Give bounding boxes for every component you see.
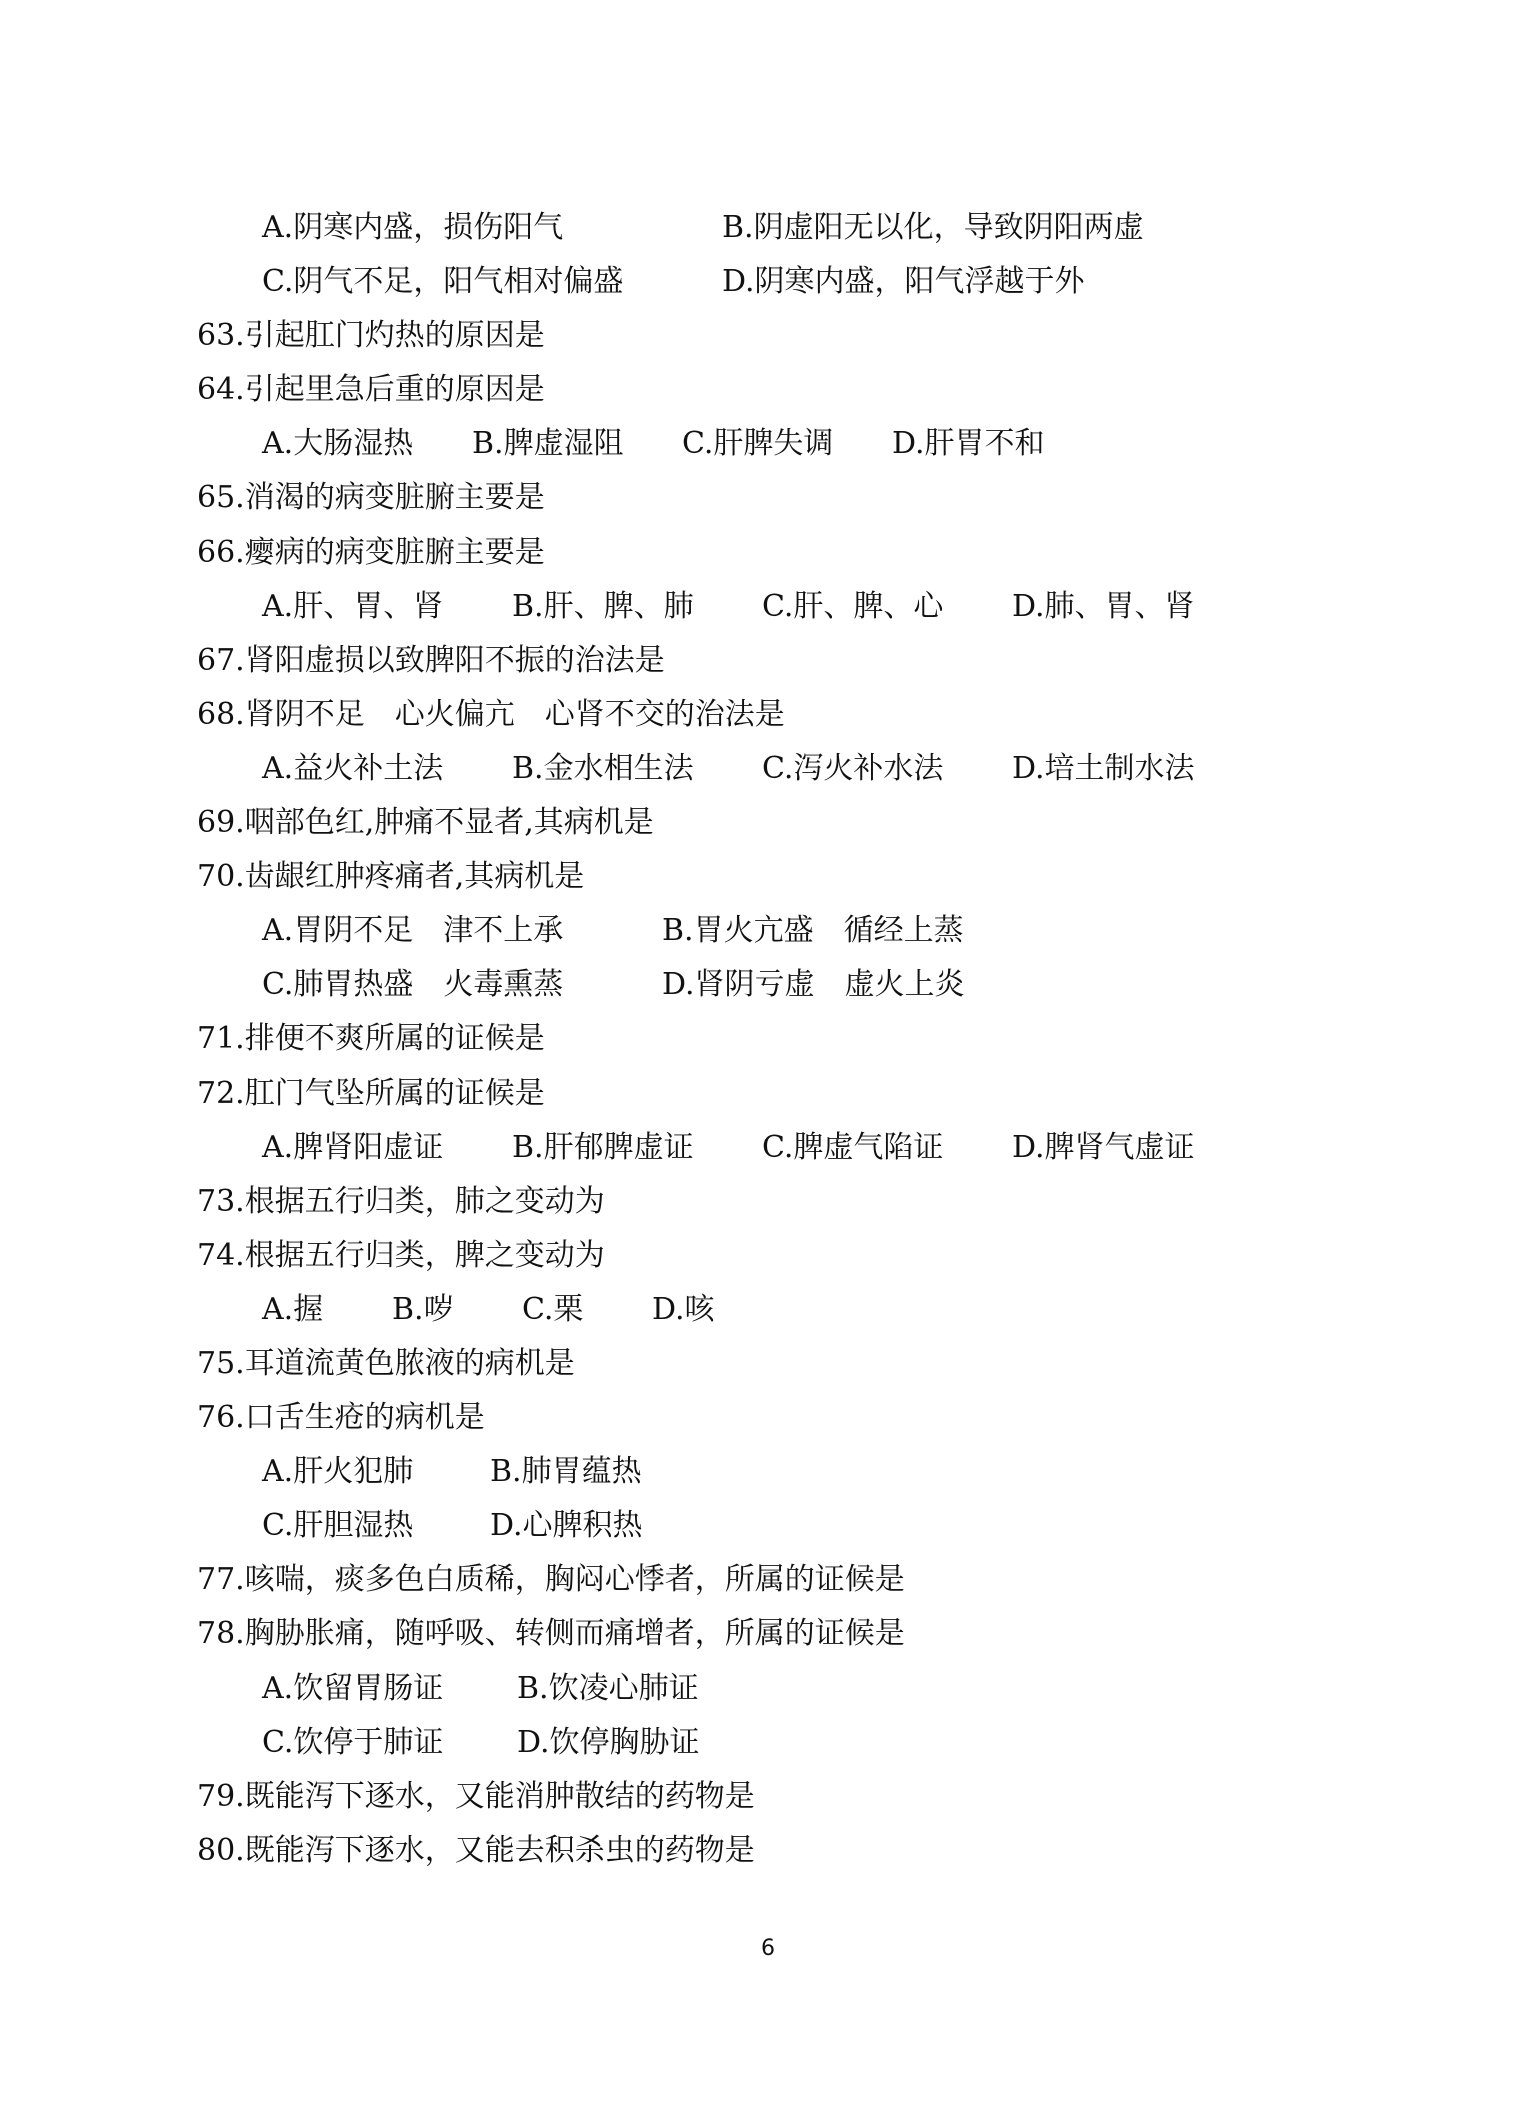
options-row: A.阴寒内盛，损伤阳气B.阴虚阳无以化，导致阴阳两虚 (197, 201, 1337, 255)
document-page: A.阴寒内盛，损伤阳气B.阴虚阳无以化，导致阴阳两虚C.阴气不足，阳气相对偏盛D… (0, 0, 1536, 2127)
options-row: A.大肠湿热B.脾虚湿阻C.肝脾失调D.肝胃不和 (197, 417, 1337, 471)
question-item: 74.根据五行归类，脾之变动为 (197, 1229, 1337, 1283)
answer-option: D.肝胃不和 (892, 417, 1045, 471)
answer-option: B.阴虚阳无以化，导致阴阳两虚 (722, 201, 1144, 255)
question-item: 65.消渴的病变脏腑主要是 (197, 471, 1337, 525)
answer-option: B.饮凌心肺证 (517, 1662, 699, 1716)
question-item: 79.既能泻下逐水，又能消肿散结的药物是 (197, 1770, 1337, 1824)
question-item: 73.根据五行归类，肺之变动为 (197, 1175, 1337, 1229)
options-row: A.握B.哕C.栗D.咳 (197, 1283, 1337, 1337)
question-item: 64.引起里急后重的原因是 (197, 363, 1337, 417)
answer-option: D.培土制水法 (1012, 742, 1195, 796)
answer-option: A.脾肾阳虚证 (262, 1121, 443, 1175)
answer-option: A.饮留胃肠证 (262, 1662, 443, 1716)
answer-option: B.金水相生法 (512, 742, 694, 796)
answer-option: C.饮停于肺证 (262, 1716, 443, 1770)
options-row: A.脾肾阳虚证B.肝郁脾虚证C.脾虚气陷证D.脾肾气虚证 (197, 1121, 1337, 1175)
question-item: 63.引起肛门灼热的原因是 (197, 309, 1337, 363)
options-row: C.饮停于肺证D.饮停胸胁证 (197, 1716, 1337, 1770)
answer-option: C.肺胃热盛 火毒熏蒸 (262, 958, 563, 1012)
answer-option: D.脾肾气虚证 (1012, 1121, 1195, 1175)
options-row: C.肝胆湿热D.心脾积热 (197, 1499, 1337, 1553)
options-row: C.肺胃热盛 火毒熏蒸D.肾阴亏虚 虚火上炎 (197, 958, 1337, 1012)
answer-option: D.饮停胸胁证 (517, 1716, 700, 1770)
answer-option: B.肺胃蕴热 (490, 1445, 642, 1499)
answer-option: D.咳 (652, 1283, 715, 1337)
question-item: 72.肛门气坠所属的证候是 (197, 1067, 1337, 1121)
options-row: A.肝火犯肺B.肺胃蕴热 (197, 1445, 1337, 1499)
question-item: 68.肾阴不足 心火偏亢 心肾不交的治法是 (197, 688, 1337, 742)
question-item: 70.齿龈红肿疼痛者,其病机是 (197, 850, 1337, 904)
question-item: 66.瘿病的病变脏腑主要是 (197, 526, 1337, 580)
answer-option: A.胃阴不足 津不上承 (262, 904, 563, 958)
answer-option: A.大肠湿热 (262, 417, 413, 471)
options-row: A.肝、胃、肾B.肝、脾、肺C.肝、脾、心D.肺、胃、肾 (197, 580, 1337, 634)
answer-option: A.肝、胃、肾 (262, 580, 443, 634)
options-row: A.胃阴不足 津不上承B.胃火亢盛 循经上蒸 (197, 904, 1337, 958)
answer-option: D.阴寒内盛，阳气浮越于外 (722, 255, 1085, 309)
answer-option: D.肺、胃、肾 (1012, 580, 1195, 634)
question-list: A.阴寒内盛，损伤阳气B.阴虚阳无以化，导致阴阳两虚C.阴气不足，阳气相对偏盛D… (197, 201, 1337, 1878)
options-row: A.益火补土法B.金水相生法C.泻火补水法D.培土制水法 (197, 742, 1337, 796)
question-item: 76.口舌生疮的病机是 (197, 1391, 1337, 1445)
question-item: 78.胸胁胀痛，随呼吸、转侧而痛增者，所属的证候是 (197, 1607, 1337, 1661)
question-item: 80.既能泻下逐水，又能去积杀虫的药物是 (197, 1824, 1337, 1878)
answer-option: C.脾虚气陷证 (762, 1121, 943, 1175)
answer-option: C.阴气不足，阳气相对偏盛 (262, 255, 623, 309)
options-row: C.阴气不足，阳气相对偏盛D.阴寒内盛，阳气浮越于外 (197, 255, 1337, 309)
answer-option: A.握 (262, 1283, 323, 1337)
answer-option: A.益火补土法 (262, 742, 443, 796)
answer-option: C.栗 (522, 1283, 583, 1337)
question-item: 67.肾阳虚损以致脾阳不振的治法是 (197, 634, 1337, 688)
answer-option: B.肝郁脾虚证 (512, 1121, 694, 1175)
options-row: A.饮留胃肠证B.饮凌心肺证 (197, 1662, 1337, 1716)
answer-option: C.泻火补水法 (762, 742, 943, 796)
answer-option: C.肝脾失调 (682, 417, 833, 471)
answer-option: D.心脾积热 (490, 1499, 643, 1553)
answer-option: A.阴寒内盛，损伤阳气 (262, 201, 563, 255)
question-item: 75.耳道流黄色脓液的病机是 (197, 1337, 1337, 1391)
question-item: 69.咽部色红,肿痛不显者,其病机是 (197, 796, 1337, 850)
answer-option: A.肝火犯肺 (262, 1445, 413, 1499)
question-item: 71.排便不爽所属的证候是 (197, 1012, 1337, 1066)
page-number: 6 (0, 1936, 1536, 1961)
answer-option: D.肾阴亏虚 虚火上炎 (662, 958, 965, 1012)
answer-option: B.哕 (392, 1283, 454, 1337)
answer-option: B.脾虚湿阻 (472, 417, 624, 471)
answer-option: C.肝、脾、心 (762, 580, 943, 634)
answer-option: B.肝、脾、肺 (512, 580, 694, 634)
answer-option: B.胃火亢盛 循经上蒸 (662, 904, 964, 958)
answer-option: C.肝胆湿热 (262, 1499, 413, 1553)
question-item: 77.咳喘，痰多色白质稀，胸闷心悸者，所属的证候是 (197, 1553, 1337, 1607)
